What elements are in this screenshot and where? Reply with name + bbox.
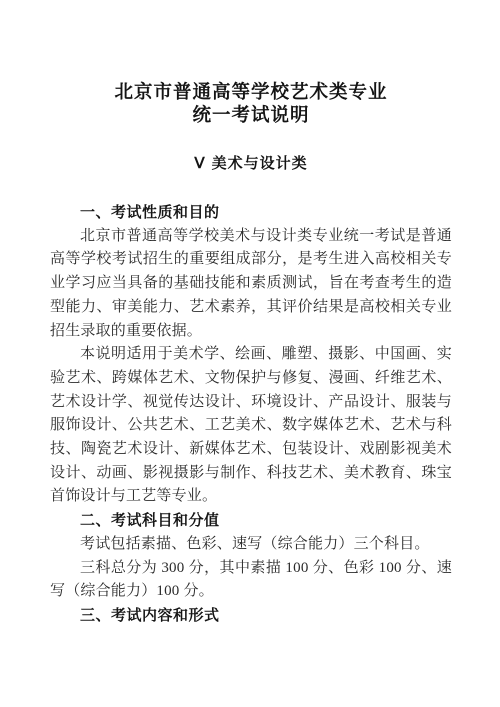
paragraph-applicable-majors: 本说明适用于美术学、绘画、雕塑、摄影、中国画、实验艺术、跨媒体艺术、文物保护与修… — [50, 343, 452, 509]
document-title-line-2: 统一考试说明 — [192, 106, 309, 126]
paragraph-exam-subjects: 考试包括素描、色彩、速写（综合能力）三个科目。 — [50, 533, 452, 557]
paragraph-score-distribution: 三科总分为 300 分，其中素描 100 分、色彩 100 分、速写（综合能力）… — [50, 557, 452, 604]
section-heading-content-format: 三、考试内容和形式 — [50, 604, 452, 628]
document-body: 一、考试性质和目的 北京市普通高等学校美术与设计类专业统一考试是普通高等学校考试… — [50, 201, 452, 628]
paragraph-exam-nature: 北京市普通高等学校美术与设计类专业统一考试是普通高等学校考试招生的重要组成部分，… — [50, 225, 452, 344]
document-title-line-1: 北京市普通高等学校艺术类专业 — [114, 83, 387, 103]
subtitle-category-label: 美术与设计类 — [212, 155, 308, 172]
section-heading-exam-nature-purpose: 一、考试性质和目的 — [50, 201, 452, 225]
document-title: 北京市普通高等学校艺术类专业 统一考试说明 — [50, 82, 452, 128]
section-heading-subjects-scores: 二、考试科目和分值 — [50, 509, 452, 533]
document-page: 北京市普通高等学校艺术类专业 统一考试说明 Ⅴ美术与设计类 一、考试性质和目的 … — [0, 0, 500, 707]
subtitle-roman-numeral: Ⅴ — [194, 156, 205, 172]
document-subtitle: Ⅴ美术与设计类 — [50, 155, 452, 173]
